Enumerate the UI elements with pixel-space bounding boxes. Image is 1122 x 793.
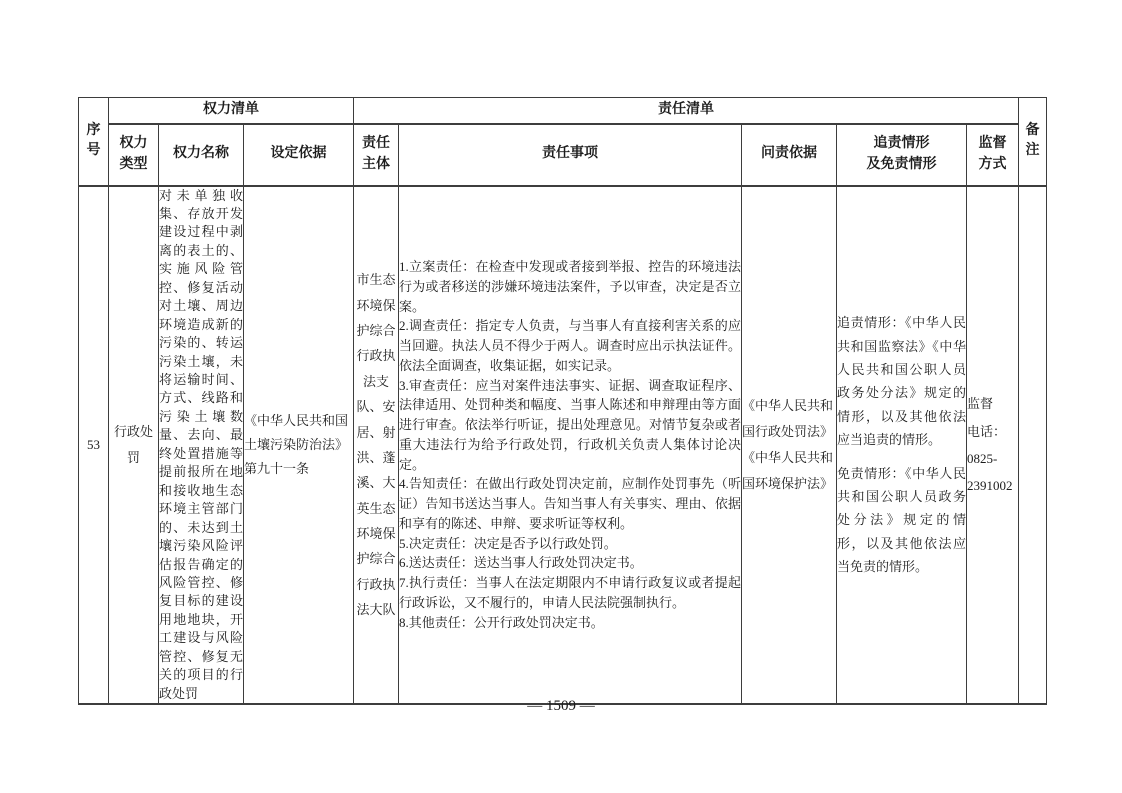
cell-power-type: 行政处罚 (109, 186, 159, 705)
duty-item-8: 8.其他责任：公开行政处罚决定书。 (399, 613, 741, 633)
col-header-liability: 追责情形 及免责情形 (837, 124, 967, 186)
col-header-supervision: 监督 方式 (967, 124, 1019, 186)
duty-item-3: 3.审查责任：应当对案件违法事实、证据、调查取证程序、法律适用、处罚种类和幅度、… (399, 376, 741, 475)
cell-accountability-basis: 《中华人民共和国行政处罚法》《中华人民共和国环境保护法》 (742, 186, 837, 705)
col-header-power-type: 权力 类型 (109, 124, 159, 186)
duty-item-7: 7.执行责任：当事人在法定期限内不申请行政复议或者提起行政诉讼，又不履行的，申请… (399, 573, 741, 613)
col-header-serial: 序 号 (79, 98, 109, 186)
col-header-setting-basis: 设定依据 (244, 124, 354, 186)
cell-liability: 追责情形：《中华人民共和国监察法》《中华人民共和国公职人员政务处分法》规定的情形… (837, 186, 967, 705)
header-row-columns: 权力 类型 权力名称 设定依据 责任 主体 责任事项 问责依据 追责情形 及免责… (79, 124, 1047, 186)
cell-supervision-phone: 监督 电话： 0825- 2391002 (967, 186, 1019, 705)
power-duty-table: 序 号 权力清单 责任清单 备 注 权力 类型 权力名称 设定依据 责任 主体 … (78, 97, 1047, 705)
duty-item-6: 6.送达责任：送达当事人行政处罚决定书。 (399, 553, 741, 573)
duty-item-1: 1.立案责任：在检查中发现或者接到举报、控告的环境违法行为或者移送的涉嫌环境违法… (399, 257, 741, 316)
duty-item-4: 4.告知责任：在做出行政处罚决定前，应制作处罚事先（听证）告知书送达当事人。告知… (399, 474, 741, 533)
cell-setting-basis: 《中华人民共和国土壤污染防治法》第九十一条 (244, 186, 354, 705)
duty-item-2: 2.调查责任：指定专人负责，与当事人有直接利害关系的应当回避。执法人员不得少于两… (399, 316, 741, 375)
col-group-power-list: 权力清单 (109, 98, 354, 124)
page-number: — 1509 — (0, 698, 1122, 715)
cell-serial-number: 53 (79, 186, 109, 705)
document-page: 序 号 权力清单 责任清单 备 注 权力 类型 权力名称 设定依据 责任 主体 … (0, 0, 1122, 793)
col-group-duty-list: 责任清单 (354, 98, 1019, 124)
col-header-duty-items: 责任事项 (399, 124, 742, 186)
cell-remark (1019, 186, 1047, 705)
liability-exempt-paragraph: 免责情形：《中华人民共和国公职人员政务处分法》规定的情形，以及其他依法应当免责的… (837, 462, 966, 579)
cell-duty-subject: 市生态环境保护综合行政执法支队、安居、射洪、蓬溪、大英生态环境保护综合行政执法大… (354, 186, 399, 705)
duty-item-5: 5.决定责任：决定是否予以行政处罚。 (399, 534, 741, 554)
header-row-groups: 序 号 权力清单 责任清单 备 注 (79, 98, 1047, 124)
cell-duty-items: 1.立案责任：在检查中发现或者接到举报、控告的环境违法行为或者移送的涉嫌环境违法… (399, 186, 742, 705)
table-header: 序 号 权力清单 责任清单 备 注 权力 类型 权力名称 设定依据 责任 主体 … (79, 98, 1047, 186)
liability-pursue-paragraph: 追责情形：《中华人民共和国监察法》《中华人民共和国公职人员政务处分法》规定的情形… (837, 311, 966, 451)
col-header-duty-subject: 责任 主体 (354, 124, 399, 186)
table-row: 53 行政处罚 对未单独收集、存放开发建设过程中剥离的表土的、实施风险管控、修复… (79, 186, 1047, 705)
col-header-accountability-basis: 问责依据 (742, 124, 837, 186)
col-header-power-name: 权力名称 (159, 124, 244, 186)
cell-power-name: 对未单独收集、存放开发建设过程中剥离的表土的、实施风险管控、修复活动对土壤、周边… (159, 186, 244, 705)
col-header-remark: 备 注 (1019, 98, 1047, 186)
